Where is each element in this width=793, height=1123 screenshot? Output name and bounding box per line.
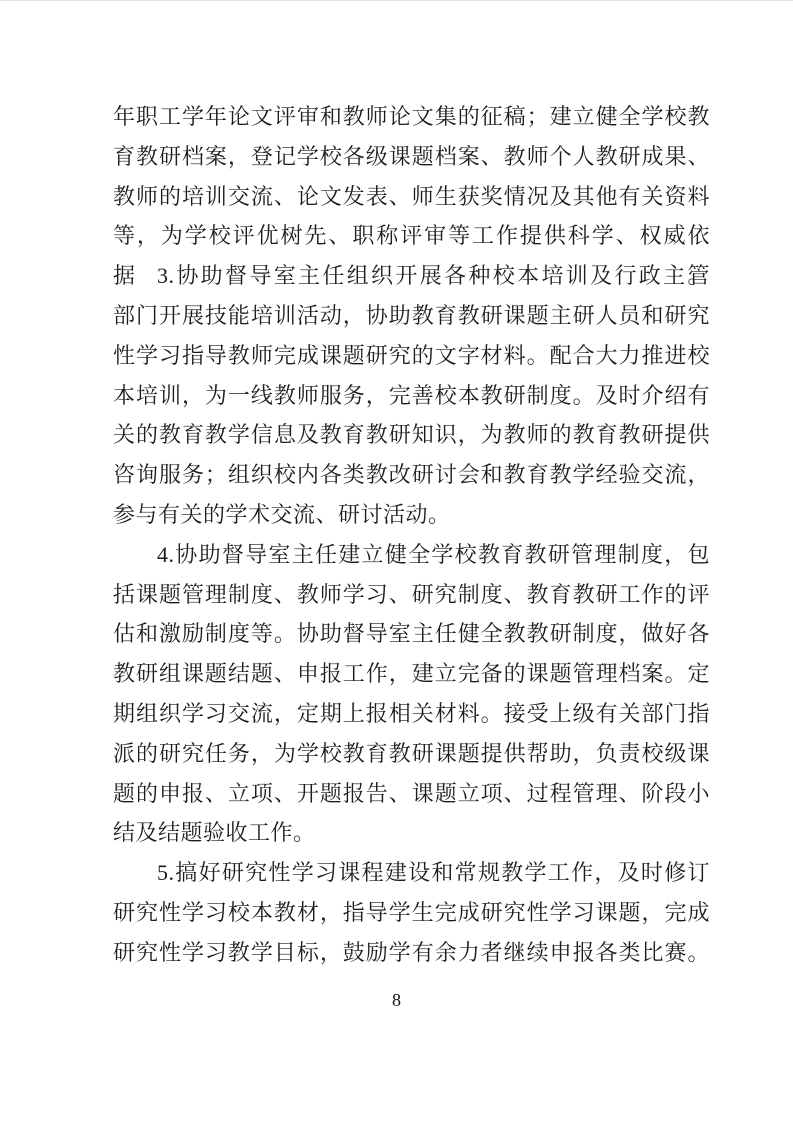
text-line: 教师的培训交流、论文发表、师生获奖情况及其他有关资料 — [113, 177, 710, 217]
paragraph: 3.协助督导室主任组织开展各种校本培训及行政主管 部门开展技能培训活动，协助教育… — [113, 256, 710, 535]
text-line: 3.协助督导室主任组织开展各种校本培训及行政主管 — [113, 256, 710, 296]
text-line: 期组织学习交流，定期上报相关材料。接受上级有关部门指 — [113, 694, 710, 734]
document-page: 年职工学年论文评审和教师论文集的征稿；建立健全学校教 育教研档案，登记学校各级课… — [0, 0, 793, 1123]
text-line: 参与有关的学术交流、研讨活动。 — [113, 495, 710, 535]
text-line: 等，为学校评优树先、职称评审等工作提供科学、权威依据。 — [113, 216, 710, 256]
text-line: 本培训，为一线教师服务，完善校本教研制度。及时介绍有 — [113, 376, 710, 416]
text-line: 括课题管理制度、教师学习、研究制度、教育教研工作的评 — [113, 575, 710, 615]
text-line: 题的申报、立项、开题报告、课题立项、过程管理、阶段小 — [113, 774, 710, 814]
paragraph: 5.搞好研究性学习课程建设和常规教学工作，及时修订 研究性学习校本教材，指导学生… — [113, 853, 710, 972]
text-line: 年职工学年论文评审和教师论文集的征稿；建立健全学校教 — [113, 97, 710, 137]
paragraph: 4.协助督导室主任建立健全学校教育教研管理制度，包 括课题管理制度、教师学习、研… — [113, 535, 710, 853]
paragraph: 年职工学年论文评审和教师论文集的征稿；建立健全学校教 育教研档案，登记学校各级课… — [113, 97, 710, 256]
text-line: 研究性学习校本教材，指导学生完成研究性学习课题，完成 — [113, 893, 710, 933]
text-line: 部门开展技能培训活动，协助教育教研课题主研人员和研究 — [113, 296, 710, 336]
text-line: 咨询服务；组织校内各类教改研讨会和教育教学经验交流， — [113, 455, 710, 495]
text-line: 研究性学习教学目标，鼓励学有余力者继续申报各类比赛。 — [113, 933, 710, 973]
text-line: 教研组课题结题、申报工作，建立完备的课题管理档案。定 — [113, 654, 710, 694]
text-line: 关的教育教学信息及教育教研知识，为教师的教育教研提供 — [113, 415, 710, 455]
text-line: 结及结题验收工作。 — [113, 813, 710, 853]
text-line: 估和激励制度等。协助督导室主任健全教教研制度，做好各 — [113, 614, 710, 654]
text-line: 4.协助督导室主任建立健全学校教育教研管理制度，包 — [113, 535, 710, 575]
text-line: 性学习指导教师完成课题研究的文字材料。配合大力推进校 — [113, 336, 710, 376]
text-line: 育教研档案，登记学校各级课题档案、教师个人教研成果、 — [113, 137, 710, 177]
text-line: 5.搞好研究性学习课程建设和常规教学工作，及时修订 — [113, 853, 710, 893]
text-line: 派的研究任务，为学校教育教研课题提供帮助，负责校级课 — [113, 734, 710, 774]
document-body: 年职工学年论文评审和教师论文集的征稿；建立健全学校教 育教研档案，登记学校各级课… — [113, 97, 710, 973]
page-number: 8 — [0, 989, 793, 1011]
